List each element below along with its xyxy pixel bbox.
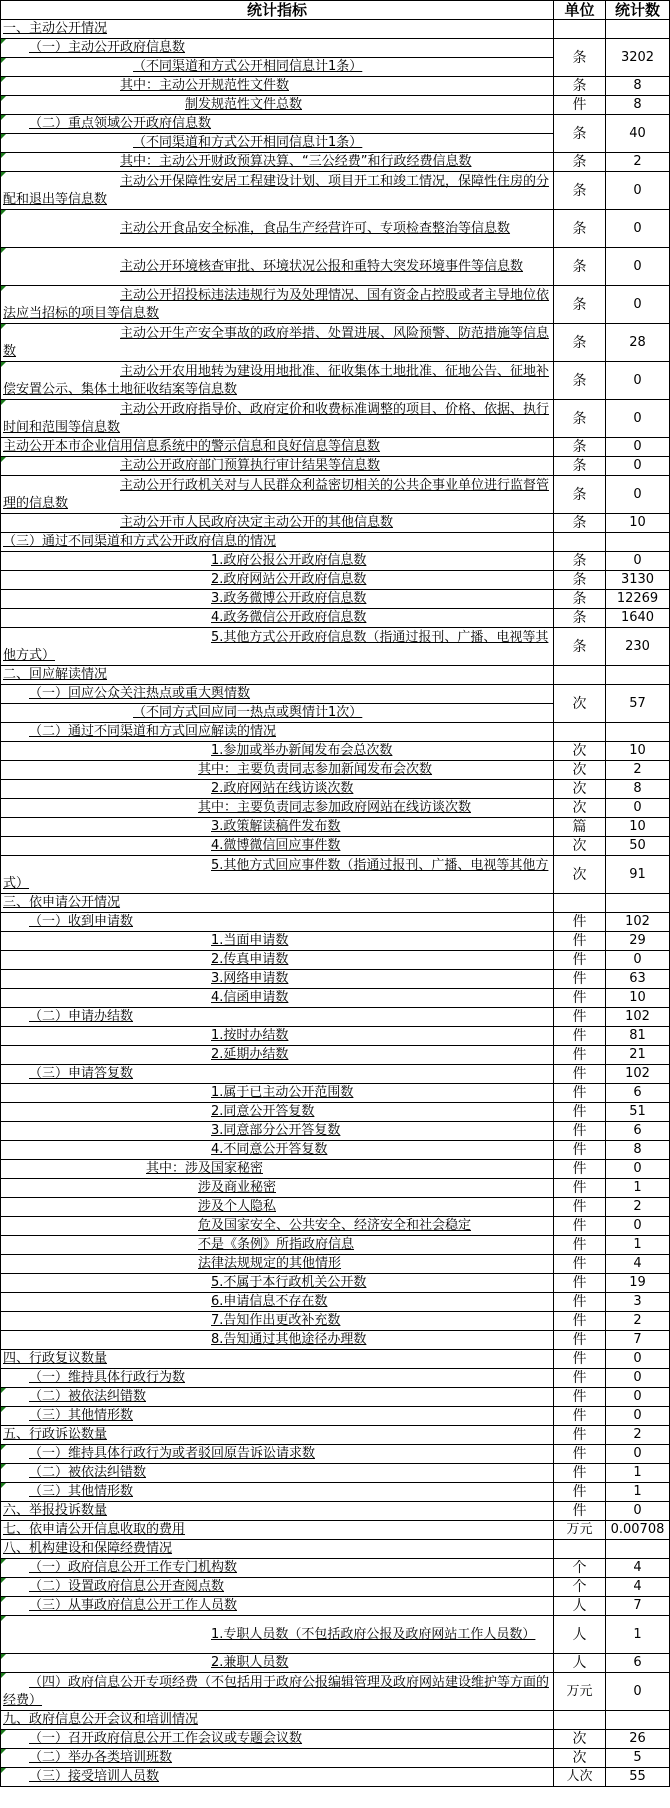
value-cell[interactable] bbox=[606, 533, 670, 552]
value-cell[interactable] bbox=[606, 894, 670, 913]
indicator-cell[interactable]: 主动公开保障性安居工程建设计划、项目开工和竣工情况，保障性住房的分配和退出等信息… bbox=[1, 172, 554, 210]
indicator-cell[interactable]: 主动公开食品安全标准，食品生产经营许可、专项检查整治等信息数 bbox=[1, 210, 554, 248]
indicator-cell[interactable]: 4.微博微信回应事件数 bbox=[1, 837, 554, 856]
value-cell[interactable]: 28 bbox=[606, 324, 670, 362]
value-cell[interactable]: 26 bbox=[606, 1730, 670, 1749]
unit-cell[interactable]: 条 bbox=[554, 286, 606, 324]
indicator-cell[interactable]: 不是《条例》所指政府信息 bbox=[1, 1236, 554, 1255]
indicator-cell[interactable]: 2.延期办结数 bbox=[1, 1046, 554, 1065]
unit-cell[interactable]: 条 bbox=[554, 438, 606, 457]
value-cell[interactable] bbox=[606, 1540, 670, 1559]
value-cell[interactable]: 40 bbox=[606, 115, 670, 153]
indicator-text: 其中：主动公开规范性文件数 bbox=[120, 78, 289, 93]
value-cell[interactable]: 3 bbox=[606, 1293, 670, 1312]
value-cell[interactable]: 0.00708 bbox=[606, 1521, 670, 1540]
unit-cell[interactable]: 件 bbox=[554, 1122, 606, 1141]
indicator-cell[interactable]: （三）申请答复数 bbox=[1, 1065, 554, 1084]
table-row: 4.信函申请数件10 bbox=[1, 989, 670, 1008]
indicator-cell[interactable]: （三）从事政府信息公开工作人员数 bbox=[1, 1597, 554, 1616]
indicator-cell[interactable]: 一、主动公开情况 bbox=[1, 20, 554, 39]
unit-cell[interactable]: 条 bbox=[554, 39, 606, 77]
indicator-cell[interactable]: （三）其他情形数 bbox=[1, 1483, 554, 1502]
unit-cell[interactable]: 件 bbox=[554, 1198, 606, 1217]
indicator-cell[interactable]: 主动公开政府指导价、政府定价和收费标准调整的项目、价格、依据、执行时间和范围等信… bbox=[1, 400, 554, 438]
value-cell[interactable]: 7 bbox=[606, 1331, 670, 1350]
value-cell[interactable]: 6 bbox=[606, 1122, 670, 1141]
value-cell[interactable]: 7 bbox=[606, 1597, 670, 1616]
indicator-cell[interactable]: （一）主动公开政府信息数 bbox=[1, 39, 554, 58]
table-row: （一）收到申请数件102 bbox=[1, 913, 670, 932]
unit-cell[interactable]: 条 bbox=[554, 115, 606, 153]
unit-cell[interactable]: 件 bbox=[554, 1274, 606, 1293]
unit-cell[interactable] bbox=[554, 723, 606, 742]
value-cell[interactable] bbox=[606, 20, 670, 39]
indicator-cell[interactable]: 2.政府网站在线访谈次数 bbox=[1, 780, 554, 799]
table-row: 2.政府网站在线访谈次数次8 bbox=[1, 780, 670, 799]
unit-cell[interactable]: 万元 bbox=[554, 1673, 606, 1711]
indicator-cell[interactable]: 九、政府信息公开会议和培训情况 bbox=[1, 1711, 554, 1730]
indicator-cell[interactable]: 主动公开环境核查审批、环境状况公报和重特大突发环境事件等信息数 bbox=[1, 248, 554, 286]
unit-cell[interactable]: 条 bbox=[554, 552, 606, 571]
table-row: 五、行政诉讼数量件2 bbox=[1, 1426, 670, 1445]
unit-cell[interactable]: 次 bbox=[554, 837, 606, 856]
unit-cell[interactable]: 次 bbox=[554, 1730, 606, 1749]
table-row: 7.告知作出更改补充数件2 bbox=[1, 1312, 670, 1331]
unit-cell[interactable]: 件 bbox=[554, 1160, 606, 1179]
value-cell[interactable]: 0 bbox=[606, 457, 670, 476]
indicator-text: 一、主动公开情况 bbox=[3, 21, 107, 36]
value-cell[interactable]: 10 bbox=[606, 989, 670, 1008]
value-cell[interactable]: 12269 bbox=[606, 590, 670, 609]
indicator-cell[interactable]: 6.申请信息不存在数 bbox=[1, 1293, 554, 1312]
indicator-text: （三）申请答复数 bbox=[29, 1066, 133, 1081]
unit-cell[interactable]: 件 bbox=[554, 913, 606, 932]
unit-cell[interactable]: 件 bbox=[554, 1179, 606, 1198]
indicator-cell[interactable]: 3.政策解读稿件发布数 bbox=[1, 818, 554, 837]
indicator-cell[interactable]: （一）收到申请数 bbox=[1, 913, 554, 932]
indicator-cell[interactable]: 其中：主要负责同志参加政府网站在线访谈次数 bbox=[1, 799, 554, 818]
unit-cell[interactable]: 条 bbox=[554, 590, 606, 609]
value-cell[interactable]: 0 bbox=[606, 1217, 670, 1236]
table-row: 主动公开政府指导价、政府定价和收费标准调整的项目、价格、依据、执行时间和范围等信… bbox=[1, 400, 670, 438]
indicator-cell[interactable]: （二）举办各类培训班数 bbox=[1, 1749, 554, 1768]
unit-cell[interactable]: 次 bbox=[554, 761, 606, 780]
value-cell[interactable]: 5 bbox=[606, 1749, 670, 1768]
unit-cell[interactable]: 个 bbox=[554, 1559, 606, 1578]
indicator-cell[interactable]: 1.当面申请数 bbox=[1, 932, 554, 951]
unit-cell[interactable]: 条 bbox=[554, 77, 606, 96]
indicator-text: 2.政府网站在线访谈次数 bbox=[211, 781, 353, 796]
table-row: 2.传真申请数件0 bbox=[1, 951, 670, 970]
indicator-cell[interactable]: （一）召开政府信息公开工作会议或专题会议数 bbox=[1, 1730, 554, 1749]
unit-cell[interactable]: 条 bbox=[554, 476, 606, 514]
table-row: 3.网络申请数件63 bbox=[1, 970, 670, 989]
unit-cell[interactable]: 件 bbox=[554, 1008, 606, 1027]
table-row: 1.参加或举办新闻发布会总次数次10 bbox=[1, 742, 670, 761]
indicator-cell[interactable]: （二）被依法纠错数 bbox=[1, 1388, 554, 1407]
indicator-text: （三）其他情形数 bbox=[29, 1408, 133, 1423]
indicator-cell[interactable]: 法律法规规定的其他情形 bbox=[1, 1255, 554, 1274]
indicator-cell[interactable]: （一）维持具体行政行为数 bbox=[1, 1369, 554, 1388]
value-cell[interactable]: 8 bbox=[606, 77, 670, 96]
indicator-cell[interactable]: 主动公开本市企业信用信息系统中的警示信息和良好信息等信息数 bbox=[1, 438, 554, 457]
table-row: （一）召开政府信息公开工作会议或专题会议数次26 bbox=[1, 1730, 670, 1749]
table-row: 6.申请信息不存在数件3 bbox=[1, 1293, 670, 1312]
unit-cell[interactable]: 次 bbox=[554, 685, 606, 723]
value-cell[interactable] bbox=[606, 666, 670, 685]
unit-cell[interactable] bbox=[554, 20, 606, 39]
indicator-cell[interactable]: 主动公开行政机关对与人民群众利益密切相关的公共企事业单位进行监督管理的信息数 bbox=[1, 476, 554, 514]
value-cell[interactable] bbox=[606, 1711, 670, 1730]
indicator-cell[interactable]: 5.不属于本行政机关公开数 bbox=[1, 1274, 554, 1293]
indicator-cell[interactable]: 主动公开招投标违法违规行为及处理情况、国有资金占控股或者主导地位依法应当招标的项… bbox=[1, 286, 554, 324]
value-cell[interactable]: 91 bbox=[606, 856, 670, 894]
indicator-cell[interactable]: 4.不同意公开答复数 bbox=[1, 1141, 554, 1160]
value-cell[interactable]: 8 bbox=[606, 96, 670, 115]
table-row: 九、政府信息公开会议和培训情况 bbox=[1, 1711, 670, 1730]
value-cell[interactable]: 19 bbox=[606, 1274, 670, 1293]
value-cell[interactable]: 1 bbox=[606, 1236, 670, 1255]
unit-cell[interactable]: 件 bbox=[554, 1445, 606, 1464]
indicator-text: （二）举办各类培训班数 bbox=[29, 1750, 172, 1765]
indicator-cell[interactable]: 1.按时办结数 bbox=[1, 1027, 554, 1046]
indicator-cell[interactable]: （三）其他情形数 bbox=[1, 1407, 554, 1426]
unit-cell[interactable]: 件 bbox=[554, 1236, 606, 1255]
unit-cell[interactable]: 万元 bbox=[554, 1521, 606, 1540]
table-row: 主动公开市人民政府决定主动公开的其他信息数条10 bbox=[1, 514, 670, 533]
unit-cell[interactable]: 条 bbox=[554, 153, 606, 172]
value-cell[interactable]: 230 bbox=[606, 628, 670, 666]
unit-cell[interactable]: 件 bbox=[554, 1255, 606, 1274]
unit-cell[interactable]: 次 bbox=[554, 799, 606, 818]
indicator-cell[interactable]: （二）设置政府信息公开查阅点数 bbox=[1, 1578, 554, 1597]
unit-cell[interactable]: 条 bbox=[554, 172, 606, 210]
indicator-text: 1.专职人员数（不包括政府公报及政府网站工作人员数） bbox=[211, 1627, 535, 1642]
indicator-text: （二）重点领域公开政府信息数 bbox=[29, 116, 211, 131]
value-cell[interactable]: 51 bbox=[606, 1103, 670, 1122]
value-cell[interactable]: 8 bbox=[606, 1141, 670, 1160]
unit-cell[interactable]: 次 bbox=[554, 856, 606, 894]
table-row: 主动公开招投标违法违规行为及处理情况、国有资金占控股或者主导地位依法应当招标的项… bbox=[1, 286, 670, 324]
unit-cell[interactable]: 条 bbox=[554, 210, 606, 248]
indicator-text: 三、依申请公开情况 bbox=[3, 895, 120, 910]
table-row: 1.当面申请数件29 bbox=[1, 932, 670, 951]
indicator-cell[interactable]: 八、机构建设和保障经费情况 bbox=[1, 1540, 554, 1559]
indicator-cell[interactable]: 2.政府网站公开政府信息数 bbox=[1, 571, 554, 590]
indicator-cell[interactable]: 4.政务微信公开政府信息数 bbox=[1, 609, 554, 628]
unit-cell[interactable]: 件 bbox=[554, 951, 606, 970]
unit-cell[interactable]: 条 bbox=[554, 324, 606, 362]
value-cell[interactable]: 50 bbox=[606, 837, 670, 856]
value-cell[interactable]: 0 bbox=[606, 1369, 670, 1388]
unit-cell[interactable]: 条 bbox=[554, 609, 606, 628]
indicator-text: （四）政府信息公开专项经费（不包括用于政府公报编辑管理及政府网站建设维护等方面的… bbox=[3, 1675, 549, 1708]
value-cell[interactable]: 0 bbox=[606, 362, 670, 400]
indicator-text: 3.同意部分公开答复数 bbox=[211, 1123, 340, 1138]
unit-cell[interactable]: 件 bbox=[554, 1084, 606, 1103]
value-cell[interactable]: 2 bbox=[606, 153, 670, 172]
value-cell[interactable]: 0 bbox=[606, 552, 670, 571]
value-cell[interactable]: 4 bbox=[606, 1578, 670, 1597]
indicator-cell[interactable]: 其中：主动公开财政预算决算、“三公经费”和行政经费信息数 bbox=[1, 153, 554, 172]
value-cell[interactable]: 1 bbox=[606, 1616, 670, 1654]
indicator-cell[interactable]: 涉及商业秘密 bbox=[1, 1179, 554, 1198]
value-cell[interactable]: 0 bbox=[606, 1673, 670, 1711]
value-cell[interactable]: 1 bbox=[606, 1483, 670, 1502]
unit-cell[interactable]: 件 bbox=[554, 1046, 606, 1065]
value-cell[interactable]: 29 bbox=[606, 932, 670, 951]
value-cell[interactable]: 1640 bbox=[606, 609, 670, 628]
unit-cell[interactable] bbox=[554, 1540, 606, 1559]
indicator-cell[interactable]: 3.政务微博公开政府信息数 bbox=[1, 590, 554, 609]
unit-cell[interactable]: 件 bbox=[554, 1350, 606, 1369]
indicator-cell[interactable]: 1.专职人员数（不包括政府公报及政府网站工作人员数） bbox=[1, 1616, 554, 1654]
indicator-cell[interactable]: （二）申请办结数 bbox=[1, 1008, 554, 1027]
value-cell[interactable]: 0 bbox=[606, 951, 670, 970]
unit-cell[interactable]: 件 bbox=[554, 1217, 606, 1236]
unit-cell[interactable] bbox=[554, 666, 606, 685]
unit-cell[interactable]: 件 bbox=[554, 96, 606, 115]
unit-cell[interactable]: 件 bbox=[554, 932, 606, 951]
unit-cell[interactable]: 件 bbox=[554, 1293, 606, 1312]
table-row: 其中：主动公开财政预算决算、“三公经费”和行政经费信息数条2 bbox=[1, 153, 670, 172]
indicator-cell[interactable]: 3.网络申请数 bbox=[1, 970, 554, 989]
table-row: 一、主动公开情况 bbox=[1, 20, 670, 39]
value-cell[interactable]: 0 bbox=[606, 210, 670, 248]
indicator-cell[interactable]: （四）政府信息公开专项经费（不包括用于政府公报编辑管理及政府网站建设维护等方面的… bbox=[1, 1673, 554, 1711]
indicator-text: 4.政务微信公开政府信息数 bbox=[211, 610, 366, 625]
unit-cell[interactable]: 件 bbox=[554, 1464, 606, 1483]
value-cell[interactable]: 0 bbox=[606, 286, 670, 324]
indicator-cell[interactable]: 2.传真申请数 bbox=[1, 951, 554, 970]
indicator-cell[interactable]: 四、行政复议数量 bbox=[1, 1350, 554, 1369]
table-row: （四）政府信息公开专项经费（不包括用于政府公报编辑管理及政府网站建设维护等方面的… bbox=[1, 1673, 670, 1711]
value-cell[interactable]: 0 bbox=[606, 1160, 670, 1179]
value-cell[interactable]: 6 bbox=[606, 1084, 670, 1103]
value-cell[interactable]: 57 bbox=[606, 685, 670, 723]
indicator-cell[interactable]: （二）被依法纠错数 bbox=[1, 1464, 554, 1483]
value-cell[interactable]: 0 bbox=[606, 1350, 670, 1369]
value-cell[interactable]: 102 bbox=[606, 913, 670, 932]
indicator-cell[interactable]: 3.同意部分公开答复数 bbox=[1, 1122, 554, 1141]
indicator-text: 主动公开招投标违法违规行为及处理情况、国有资金占控股或者主导地位依法应当招标的项… bbox=[3, 288, 549, 321]
indicator-text: （一）收到申请数 bbox=[29, 914, 133, 929]
value-cell[interactable]: 2 bbox=[606, 1426, 670, 1445]
indicator-cell[interactable]: 1.政府公报公开政府信息数 bbox=[1, 552, 554, 571]
indicator-cell[interactable]: （一）维持具体行政行为或者驳回原告诉讼请求数 bbox=[1, 1445, 554, 1464]
unit-cell[interactable]: 人 bbox=[554, 1616, 606, 1654]
unit-cell[interactable] bbox=[554, 533, 606, 552]
unit-cell[interactable]: 件 bbox=[554, 1502, 606, 1521]
table-row: 3.政务微博公开政府信息数条12269 bbox=[1, 590, 670, 609]
unit-cell[interactable]: 件 bbox=[554, 1483, 606, 1502]
value-cell[interactable]: 10 bbox=[606, 742, 670, 761]
value-cell[interactable]: 1 bbox=[606, 1179, 670, 1198]
indicator-cell[interactable]: 主动公开农用地转为建设用地批准、征收集体土地批准、征地公告、征地补偿安置公示、集… bbox=[1, 362, 554, 400]
unit-cell[interactable]: 件 bbox=[554, 1103, 606, 1122]
unit-cell[interactable]: 件 bbox=[554, 970, 606, 989]
indicator-cell[interactable]: 六、举报投诉数量 bbox=[1, 1502, 554, 1521]
table-row: 主动公开环境核查审批、环境状况公报和重特大突发环境事件等信息数条0 bbox=[1, 248, 670, 286]
indicator-cell[interactable]: 5.其他方式回应事件数（指通过报刊、广播、电视等其他方式） bbox=[1, 856, 554, 894]
unit-cell[interactable]: 件 bbox=[554, 1065, 606, 1084]
indicator-cell[interactable]: （三）接受培训人员数 bbox=[1, 1768, 554, 1787]
unit-cell[interactable]: 件 bbox=[554, 1426, 606, 1445]
unit-cell[interactable]: 条 bbox=[554, 628, 606, 666]
unit-cell[interactable]: 条 bbox=[554, 457, 606, 476]
indicator-cell[interactable]: 8.告知通过其他途径办理数 bbox=[1, 1331, 554, 1350]
unit-cell[interactable]: 条 bbox=[554, 362, 606, 400]
indicator-cell[interactable]: 4.信函申请数 bbox=[1, 989, 554, 1008]
unit-cell[interactable]: 次 bbox=[554, 1749, 606, 1768]
table-row: （三）其他情形数件0 bbox=[1, 1407, 670, 1426]
value-cell[interactable]: 63 bbox=[606, 970, 670, 989]
value-cell[interactable]: 0 bbox=[606, 799, 670, 818]
value-cell[interactable]: 10 bbox=[606, 818, 670, 837]
value-cell[interactable]: 0 bbox=[606, 1445, 670, 1464]
indicator-text: 1.参加或举办新闻发布会总次数 bbox=[211, 743, 392, 758]
indicator-text: 8.告知通过其他途径办理数 bbox=[211, 1332, 366, 1347]
value-cell[interactable]: 0 bbox=[606, 1388, 670, 1407]
indicator-text: 1.当面申请数 bbox=[211, 933, 288, 948]
value-cell[interactable]: 0 bbox=[606, 172, 670, 210]
indicator-text: （二）申请办结数 bbox=[29, 1009, 133, 1024]
value-cell[interactable] bbox=[606, 723, 670, 742]
unit-cell[interactable]: 件 bbox=[554, 1312, 606, 1331]
unit-cell[interactable]: 次 bbox=[554, 742, 606, 761]
indicator-cell[interactable]: （三）通过不同渠道和方式公开政府信息的情况 bbox=[1, 533, 554, 552]
indicator-text: 主动公开政府部门预算执行审计结果等信息数 bbox=[120, 458, 380, 473]
indicator-text: 二、回应解读情况 bbox=[3, 667, 107, 682]
indicator-text: 4.不同意公开答复数 bbox=[211, 1142, 327, 1157]
table-row: （二）设置政府信息公开查阅点数个4 bbox=[1, 1578, 670, 1597]
unit-cell[interactable]: 条 bbox=[554, 400, 606, 438]
unit-cell[interactable] bbox=[554, 894, 606, 913]
value-cell[interactable]: 0 bbox=[606, 438, 670, 457]
indicator-cell[interactable]: 1.参加或举办新闻发布会总次数 bbox=[1, 742, 554, 761]
value-cell[interactable]: 6 bbox=[606, 1654, 670, 1673]
unit-cell[interactable]: 条 bbox=[554, 571, 606, 590]
indicator-cell[interactable]: （二）通过不同渠道和方式回应解读的情况 bbox=[1, 723, 554, 742]
value-cell[interactable]: 21 bbox=[606, 1046, 670, 1065]
value-cell[interactable]: 4 bbox=[606, 1255, 670, 1274]
unit-cell[interactable]: 件 bbox=[554, 1027, 606, 1046]
unit-cell[interactable]: 件 bbox=[554, 1388, 606, 1407]
unit-cell[interactable]: 篇 bbox=[554, 818, 606, 837]
indicator-text: （二）通过不同渠道和方式回应解读的情况 bbox=[29, 724, 276, 739]
table-row: 4.微博微信回应事件数次50 bbox=[1, 837, 670, 856]
value-cell[interactable]: 8 bbox=[606, 780, 670, 799]
table-row: 主动公开政府部门预算执行审计结果等信息数条0 bbox=[1, 457, 670, 476]
indicator-cell[interactable]: 其中：主动公开规范性文件数 bbox=[1, 77, 554, 96]
value-cell[interactable]: 0 bbox=[606, 1502, 670, 1521]
table-row: （三）其他情形数件1 bbox=[1, 1483, 670, 1502]
indicator-text: 五、行政诉讼数量 bbox=[3, 1427, 107, 1442]
indicator-cell[interactable]: （二）重点领域公开政府信息数 bbox=[1, 115, 554, 134]
indicator-text: 其中：涉及国家秘密 bbox=[146, 1161, 263, 1176]
unit-cell[interactable]: 件 bbox=[554, 1331, 606, 1350]
table-row: 1.政府公报公开政府信息数条0 bbox=[1, 552, 670, 571]
table-row: （一）维持具体行政行为或者驳回原告诉讼请求数件0 bbox=[1, 1445, 670, 1464]
value-cell[interactable]: 81 bbox=[606, 1027, 670, 1046]
indicator-text: （二）被依法纠错数 bbox=[29, 1389, 146, 1404]
indicator-text: 主动公开环境核查审批、环境状况公报和重特大突发环境事件等信息数 bbox=[120, 259, 523, 274]
indicator-text: 5.其他方式回应事件数（指通过报刊、广播、电视等其他方式） bbox=[3, 858, 548, 891]
indicator-text: （一）维持具体行政行为或者驳回原告诉讼请求数 bbox=[29, 1446, 315, 1461]
unit-cell[interactable]: 件 bbox=[554, 1141, 606, 1160]
indicator-cell[interactable]: 5.其他方式公开政府信息数（指通过报刊、广播、电视等其他方式） bbox=[1, 628, 554, 666]
value-cell[interactable]: 0 bbox=[606, 476, 670, 514]
indicator-cell[interactable]: 其中：涉及国家秘密 bbox=[1, 1160, 554, 1179]
indicator-cell[interactable]: 1.属于已主动公开范围数 bbox=[1, 1084, 554, 1103]
value-cell[interactable]: 55 bbox=[606, 1768, 670, 1787]
unit-cell[interactable]: 次 bbox=[554, 780, 606, 799]
indicator-cell[interactable]: 主动公开市人民政府决定主动公开的其他信息数 bbox=[1, 514, 554, 533]
indicator-text: 6.申请信息不存在数 bbox=[211, 1294, 327, 1309]
indicator-text: 主动公开农用地转为建设用地批准、征收集体土地批准、征地公告、征地补偿安置公示、集… bbox=[3, 364, 549, 397]
indicator-cell[interactable]: 涉及个人隐私 bbox=[1, 1198, 554, 1217]
indicator-text: 不是《条例》所指政府信息 bbox=[198, 1237, 354, 1252]
value-cell[interactable]: 3202 bbox=[606, 39, 670, 77]
value-cell[interactable]: 102 bbox=[606, 1065, 670, 1084]
value-cell[interactable]: 2 bbox=[606, 1312, 670, 1331]
indicator-cell[interactable]: （不同渠道和方式公开相同信息计1条） bbox=[1, 58, 554, 77]
unit-cell[interactable]: 条 bbox=[554, 514, 606, 533]
indicator-cell[interactable]: 其中：主要负责同志参加新闻发布会次数 bbox=[1, 761, 554, 780]
indicator-cell[interactable]: 2.兼职人员数 bbox=[1, 1654, 554, 1673]
unit-cell[interactable]: 件 bbox=[554, 989, 606, 1008]
table-row: 8.告知通过其他途径办理数件7 bbox=[1, 1331, 670, 1350]
value-cell[interactable]: 10 bbox=[606, 514, 670, 533]
unit-cell[interactable]: 个 bbox=[554, 1578, 606, 1597]
indicator-cell[interactable]: 7.告知作出更改补充数 bbox=[1, 1312, 554, 1331]
value-cell[interactable]: 0 bbox=[606, 400, 670, 438]
unit-cell[interactable] bbox=[554, 1711, 606, 1730]
table-row: （二）重点领域公开政府信息数条40 bbox=[1, 115, 670, 134]
unit-cell[interactable]: 人 bbox=[554, 1597, 606, 1616]
unit-cell[interactable]: 件 bbox=[554, 1369, 606, 1388]
indicator-cell[interactable]: 五、行政诉讼数量 bbox=[1, 1426, 554, 1445]
value-cell[interactable]: 0 bbox=[606, 1407, 670, 1426]
indicator-cell[interactable]: 七、依申请公开信息收取的费用 bbox=[1, 1521, 554, 1540]
indicator-cell[interactable]: （不同方式回应同一热点或舆情计1次） bbox=[1, 704, 554, 723]
unit-cell[interactable]: 件 bbox=[554, 1407, 606, 1426]
indicator-cell[interactable]: （一）政府信息公开工作专门机构数 bbox=[1, 1559, 554, 1578]
value-cell[interactable]: 0 bbox=[606, 248, 670, 286]
unit-cell[interactable]: 人 bbox=[554, 1654, 606, 1673]
indicator-cell[interactable]: 二、回应解读情况 bbox=[1, 666, 554, 685]
unit-cell[interactable]: 条 bbox=[554, 248, 606, 286]
value-cell[interactable]: 3130 bbox=[606, 571, 670, 590]
value-cell[interactable]: 4 bbox=[606, 1559, 670, 1578]
indicator-cell[interactable]: 2.同意公开答复数 bbox=[1, 1103, 554, 1122]
indicator-text: 其中：主要负责同志参加政府网站在线访谈次数 bbox=[198, 800, 471, 815]
indicator-cell[interactable]: 主动公开政府部门预算执行审计结果等信息数 bbox=[1, 457, 554, 476]
indicator-cell[interactable]: 三、依申请公开情况 bbox=[1, 894, 554, 913]
indicator-cell[interactable]: 主动公开生产安全事故的政府举措、处置进展、风险预警、防范措施等信息数 bbox=[1, 324, 554, 362]
indicator-cell[interactable]: 危及国家安全、公共安全、经济安全和社会稳定 bbox=[1, 1217, 554, 1236]
indicator-text: 主动公开政府指导价、政府定价和收费标准调整的项目、价格、依据、执行时间和范围等信… bbox=[3, 402, 549, 435]
indicator-cell[interactable]: （一）回应公众关注热点或重大舆情数 bbox=[1, 685, 554, 704]
value-cell[interactable]: 2 bbox=[606, 1198, 670, 1217]
unit-cell[interactable]: 人次 bbox=[554, 1768, 606, 1787]
indicator-cell[interactable]: 制发规范性文件总数 bbox=[1, 96, 554, 115]
indicator-cell[interactable]: （不同渠道和方式公开相同信息计1条） bbox=[1, 134, 554, 153]
value-cell[interactable]: 102 bbox=[606, 1008, 670, 1027]
table-body: 一、主动公开情况（一）主动公开政府信息数条3202（不同渠道和方式公开相同信息计… bbox=[1, 20, 670, 1787]
value-cell[interactable]: 2 bbox=[606, 761, 670, 780]
value-cell[interactable]: 1 bbox=[606, 1464, 670, 1483]
